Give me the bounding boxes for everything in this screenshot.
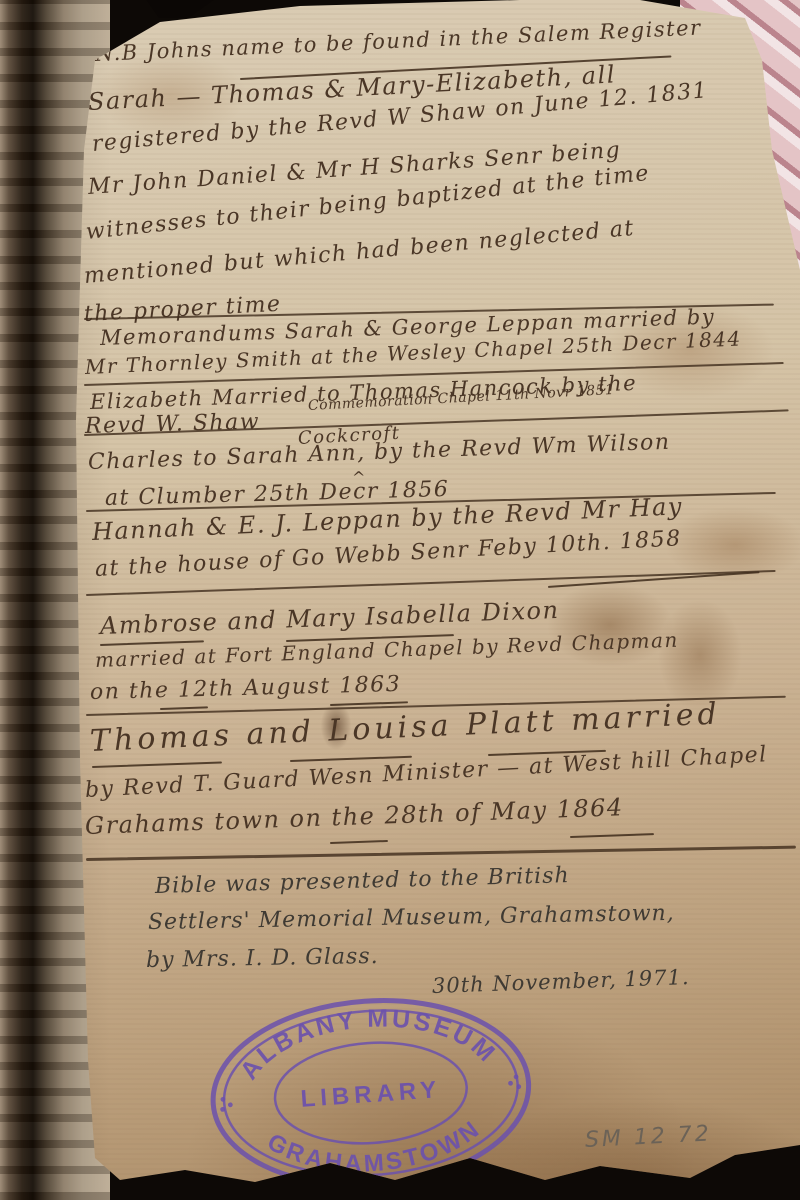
stamp-right-dots	[508, 1074, 522, 1090]
presentation-line-1: Bible was presented to the British	[155, 863, 570, 899]
underline-stroke	[160, 706, 208, 710]
thomas-line-3: Grahams town on the 28th of May 1864	[85, 793, 625, 840]
stamp-center-text: LIBRARY	[300, 1076, 442, 1113]
background-gap	[138, 0, 222, 18]
register-page: N.B Johns name to be found in the Salem …	[0, 0, 800, 1200]
presentation-line-2: Settlers' Memorial Museum, Grahamstown,	[148, 901, 675, 935]
ink-rule	[86, 846, 796, 861]
underline-stroke	[570, 833, 654, 838]
underline-stroke	[330, 840, 388, 844]
underline-stroke	[92, 761, 222, 768]
stamp-bottom-text: GRAHAMSTOWN	[261, 1114, 488, 1185]
library-stamp: ALBANY MUSEUM LIBRARY GRAHAMSTOWN	[196, 984, 545, 1200]
catalog-mark: SM 12 72	[584, 1121, 712, 1153]
presentation-line-3: by Mrs. I. D. Glass.	[146, 944, 379, 973]
ambrose-line-3: on the 12th August 1863	[90, 672, 402, 705]
bible-register-photo: N.B Johns name to be found in the Salem …	[0, 0, 800, 1200]
